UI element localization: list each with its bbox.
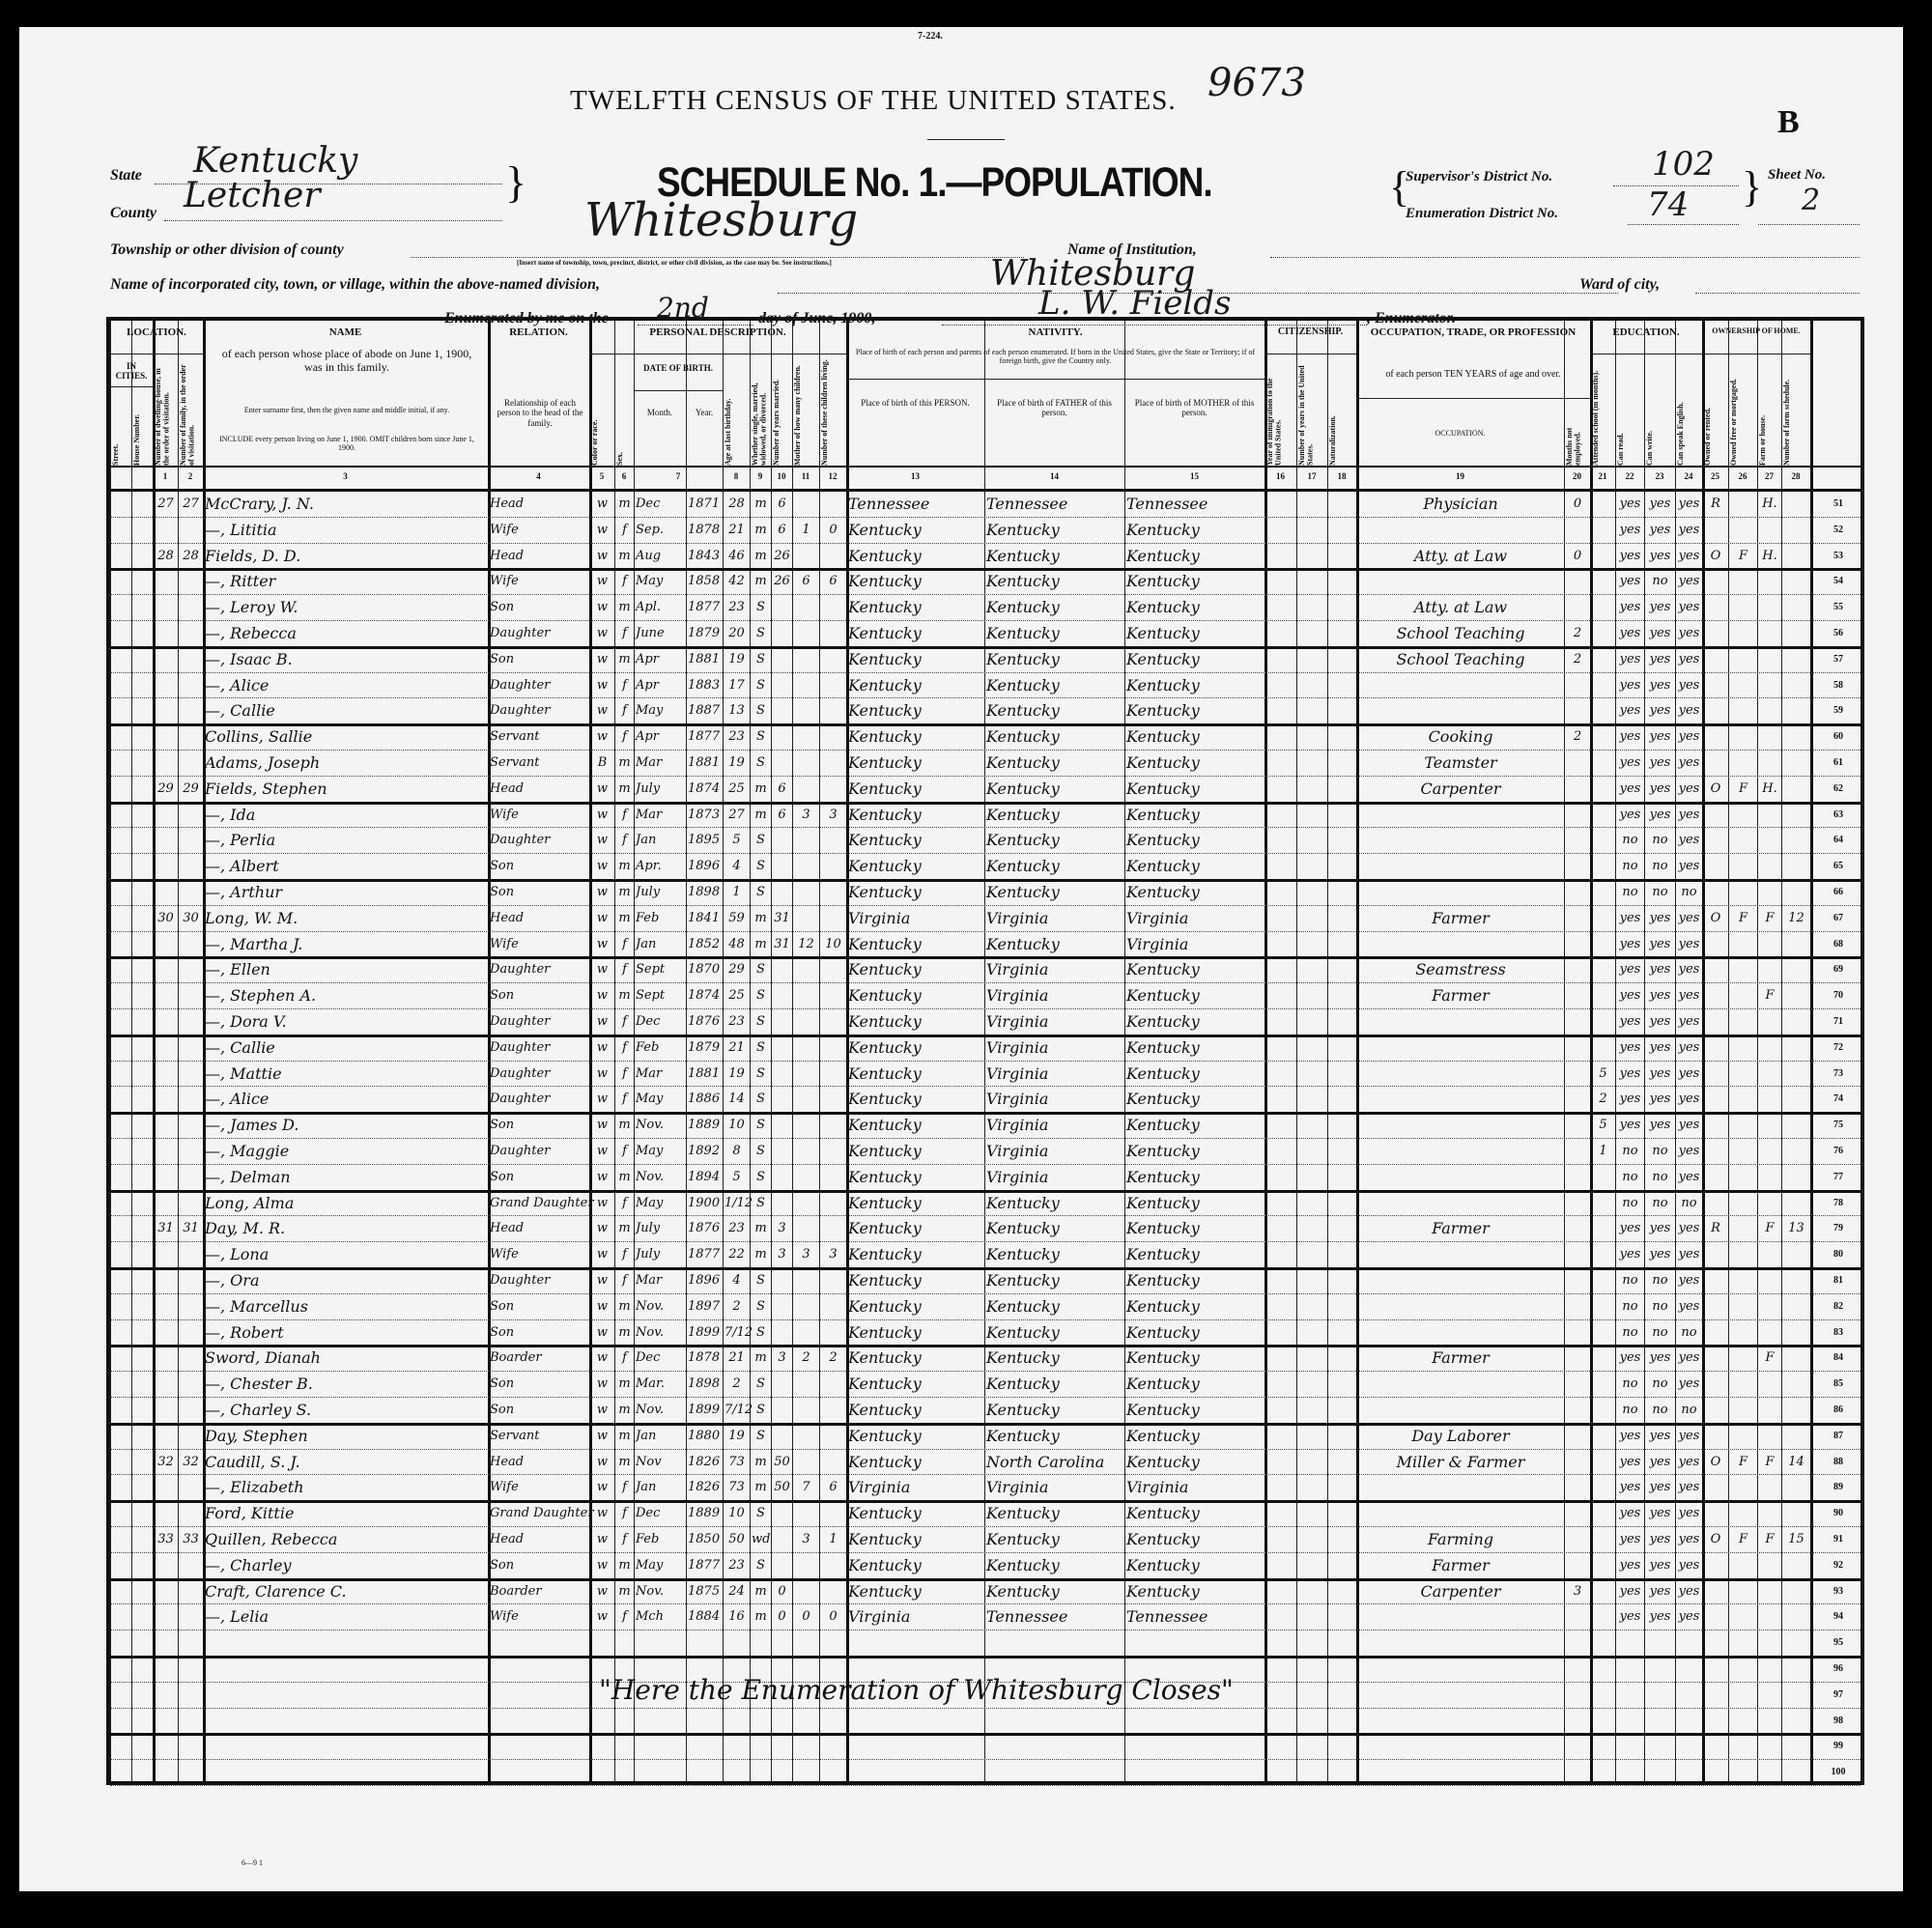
table-row: —, AlbertSonwmApr.18964SKentuckyKentucky… bbox=[110, 853, 1861, 877]
cell-ym bbox=[773, 1630, 791, 1654]
cell-bm: Kentucky bbox=[1126, 1371, 1264, 1395]
table-row: —, AliceDaughterwfMay188614SKentuckyVirg… bbox=[110, 1086, 1861, 1110]
cell-sex: m bbox=[616, 879, 633, 903]
cell-occ bbox=[1358, 697, 1563, 722]
cell-dwelling bbox=[155, 1630, 177, 1654]
cell-living bbox=[821, 1423, 845, 1447]
cell-month: July bbox=[636, 776, 685, 800]
cell-write: no bbox=[1646, 1293, 1674, 1318]
table-row: —, Leroy W.SonwmApl.187723SKentuckyKentu… bbox=[110, 594, 1861, 618]
header-rule bbox=[110, 466, 1861, 468]
cell-unemp bbox=[1566, 1008, 1589, 1033]
line-number: 99 bbox=[1828, 1741, 1849, 1751]
line-number: 67 bbox=[1828, 913, 1849, 923]
cell-color: w bbox=[591, 1293, 613, 1318]
cell-bm: Kentucky bbox=[1126, 827, 1264, 851]
line-number: 82 bbox=[1828, 1301, 1849, 1312]
cell-free: F bbox=[1730, 905, 1756, 929]
cell-living bbox=[821, 1035, 845, 1059]
cell-marital: S bbox=[752, 1086, 770, 1110]
cell-name: Caudill, S. J. bbox=[205, 1449, 487, 1473]
cell-write: no bbox=[1646, 568, 1674, 592]
cell-name: —, Callie bbox=[205, 1035, 487, 1059]
naturalization-label: Naturalization. bbox=[1329, 359, 1354, 466]
county-label: County bbox=[110, 205, 156, 222]
cell-relation: Head bbox=[490, 1449, 588, 1473]
cell-dwelling bbox=[155, 517, 177, 541]
cell-family bbox=[180, 879, 202, 903]
cell-free: F bbox=[1730, 543, 1756, 567]
cell-age: 2 bbox=[724, 1371, 749, 1395]
cell-read: yes bbox=[1617, 594, 1643, 618]
cell-color: w bbox=[591, 1603, 613, 1628]
cell-occ: Cooking bbox=[1358, 723, 1563, 748]
cell-marital: S bbox=[752, 1138, 770, 1162]
table-row: —, ArthurSonwmJuly18981SKentuckyKentucky… bbox=[110, 879, 1861, 903]
line-number: 81 bbox=[1828, 1275, 1849, 1286]
cell-bm: Kentucky bbox=[1126, 776, 1264, 800]
cell-sched bbox=[1783, 1371, 1809, 1395]
cell-school bbox=[1592, 1708, 1614, 1732]
cell-farm bbox=[1759, 931, 1780, 955]
line-number: 96 bbox=[1828, 1663, 1849, 1674]
cell-bp: Kentucky bbox=[848, 1035, 983, 1059]
cell-relation: Son bbox=[490, 594, 588, 618]
cell-dwelling bbox=[155, 1603, 177, 1628]
sheet-field[interactable]: 2 bbox=[1758, 201, 1860, 225]
line-number: 56 bbox=[1828, 628, 1849, 638]
sheet-label: Sheet No. bbox=[1768, 167, 1826, 184]
cell-year: 1852 bbox=[688, 931, 722, 955]
cell-family bbox=[180, 1112, 202, 1136]
cell-living: 0 bbox=[821, 517, 845, 541]
cell-living bbox=[821, 1008, 845, 1033]
cell-speak: yes bbox=[1677, 517, 1701, 541]
cell-write: yes bbox=[1646, 1578, 1674, 1602]
cell-read: yes bbox=[1617, 1086, 1643, 1110]
cell-ym bbox=[773, 1086, 791, 1110]
cell-color: w bbox=[591, 1008, 613, 1033]
cell-month: Nov. bbox=[636, 1164, 685, 1188]
cell-mother bbox=[794, 956, 818, 980]
cell-mother bbox=[794, 1164, 818, 1188]
cell-dwelling bbox=[155, 1474, 177, 1498]
can-speak-label: Can speak English. bbox=[1677, 359, 1700, 466]
cell-speak: yes bbox=[1677, 1371, 1701, 1395]
cell-dwelling bbox=[155, 1061, 177, 1085]
cell-bm: Kentucky bbox=[1126, 1397, 1264, 1421]
institution-field[interactable] bbox=[1270, 238, 1860, 258]
date-of-birth-heading: DATE OF BIRTH. bbox=[634, 363, 723, 386]
cell-year: 1826 bbox=[688, 1474, 722, 1498]
cell-marital: S bbox=[752, 646, 770, 670]
cell-own bbox=[1704, 982, 1727, 1007]
cell-color: w bbox=[591, 1112, 613, 1136]
cell-bm: Kentucky bbox=[1126, 646, 1264, 670]
cell-occ bbox=[1358, 1759, 1563, 1783]
cell-sched bbox=[1783, 594, 1809, 618]
table-row: 2828Fields, D. D.HeadwmAug184346m26Kentu… bbox=[110, 543, 1861, 567]
cell-age: 7/12 bbox=[724, 1319, 749, 1344]
cell-month: Mch bbox=[636, 1603, 685, 1628]
cell-bp: Kentucky bbox=[848, 1190, 983, 1214]
cell-bm: Kentucky bbox=[1126, 1061, 1264, 1085]
cell-sex: m bbox=[616, 1397, 633, 1421]
cell-bp: Kentucky bbox=[848, 1552, 983, 1576]
cell-sex: f bbox=[616, 827, 633, 851]
cell-living bbox=[821, 1500, 845, 1524]
cell-age: 1 bbox=[724, 879, 749, 903]
cell-read: no bbox=[1617, 1190, 1643, 1214]
cell-marital: m bbox=[752, 931, 770, 955]
cell-sched bbox=[1783, 776, 1809, 800]
cell-family: 32 bbox=[180, 1449, 202, 1473]
cell-living: 6 bbox=[821, 568, 845, 592]
cell-relation: Wife bbox=[490, 802, 588, 826]
cell-dwelling bbox=[155, 672, 177, 696]
column-number: 14 bbox=[984, 471, 1124, 485]
cell-name: —, Mattie bbox=[205, 1061, 487, 1085]
cell-month: June bbox=[636, 620, 685, 644]
color-label: Color or race. bbox=[591, 359, 612, 466]
cell-age bbox=[724, 1759, 749, 1783]
month-label: Month. bbox=[634, 408, 686, 421]
header-rule bbox=[846, 379, 1264, 380]
cell-bf: Kentucky bbox=[986, 1241, 1123, 1265]
line-number: 74 bbox=[1828, 1093, 1849, 1104]
cell-bm bbox=[1126, 1733, 1264, 1757]
cell-read: no bbox=[1617, 879, 1643, 903]
cell-mother bbox=[794, 1267, 818, 1291]
cell-living bbox=[821, 1061, 845, 1085]
cell-year: 1879 bbox=[688, 620, 722, 644]
cell-color: w bbox=[591, 543, 613, 567]
cell-school bbox=[1592, 1319, 1614, 1344]
cell-name: —, James D. bbox=[205, 1112, 487, 1136]
county-value: Letcher bbox=[184, 176, 321, 215]
brace-left: } bbox=[505, 160, 526, 205]
cell-own: O bbox=[1704, 776, 1727, 800]
table-row: —, Isaac B.SonwmApr188119SKentuckyKentuc… bbox=[110, 646, 1861, 670]
cell-school bbox=[1592, 1578, 1614, 1602]
cell-speak bbox=[1677, 1630, 1701, 1654]
cell-family bbox=[180, 1035, 202, 1059]
cell-name: Day, Stephen bbox=[205, 1423, 487, 1447]
cell-year bbox=[688, 1630, 722, 1654]
cell-sex: m bbox=[616, 1319, 633, 1344]
cell-month: Nov. bbox=[636, 1293, 685, 1318]
cell-own bbox=[1704, 1371, 1727, 1395]
sheet-value: 2 bbox=[1802, 184, 1820, 217]
cell-ym bbox=[773, 1526, 791, 1550]
cell-relation: Daughter bbox=[490, 1035, 588, 1059]
cell-ym: 6 bbox=[773, 776, 791, 800]
cell-ym bbox=[773, 827, 791, 851]
cell-read bbox=[1617, 1733, 1643, 1757]
cell-unemp bbox=[1566, 568, 1589, 592]
cell-month: Mar. bbox=[636, 1371, 685, 1395]
cell-read: yes bbox=[1617, 1526, 1643, 1550]
cell-farm bbox=[1759, 1061, 1780, 1085]
cell-year: 1898 bbox=[688, 879, 722, 903]
cell-relation: Boarder bbox=[490, 1345, 588, 1369]
cell-sched bbox=[1783, 568, 1809, 592]
location-heading: LOCATION. bbox=[110, 326, 203, 342]
table-row: 3232Caudill, S. J.HeadwmNov182673m50Kent… bbox=[110, 1449, 1861, 1473]
cell-farm bbox=[1759, 853, 1780, 877]
cell-living bbox=[821, 543, 845, 567]
cell-month: May bbox=[636, 1138, 685, 1162]
cell-ym bbox=[773, 853, 791, 877]
cell-school bbox=[1592, 1215, 1614, 1239]
cell-relation: Son bbox=[490, 1112, 588, 1136]
cell-living: 6 bbox=[821, 1474, 845, 1498]
cell-sched bbox=[1783, 1733, 1809, 1757]
cell-age: 42 bbox=[724, 568, 749, 592]
cell-speak: yes bbox=[1677, 1061, 1701, 1085]
cell-bm: Kentucky bbox=[1126, 543, 1264, 567]
cell-speak: yes bbox=[1677, 1603, 1701, 1628]
cell-color: w bbox=[591, 956, 613, 980]
cell-sex bbox=[616, 1708, 633, 1732]
cell-speak: yes bbox=[1677, 646, 1701, 670]
cell-color: w bbox=[591, 672, 613, 696]
cell-name bbox=[205, 1682, 487, 1706]
cell-free bbox=[1730, 1190, 1756, 1214]
table-row: —, James D.SonwmNov.188910SKentuckyVirgi… bbox=[110, 1112, 1861, 1136]
column-number: 20 bbox=[1564, 471, 1590, 485]
cell-bp: Kentucky bbox=[848, 827, 983, 851]
cell-marital: S bbox=[752, 1371, 770, 1395]
cell-relation: Wife bbox=[490, 517, 588, 541]
state-label: State bbox=[110, 167, 142, 184]
cell-dwelling bbox=[155, 1371, 177, 1395]
cell-bf: Kentucky bbox=[986, 827, 1123, 851]
farm-schedule-label: Number of farm schedule. bbox=[1783, 359, 1808, 466]
cell-marital: S bbox=[752, 853, 770, 877]
cell-sched bbox=[1783, 1500, 1809, 1524]
cell-relation: Daughter bbox=[490, 620, 588, 644]
cell-color: w bbox=[591, 723, 613, 748]
cell-own bbox=[1704, 1552, 1727, 1576]
column-number: 25 bbox=[1702, 471, 1728, 485]
enum-district-field[interactable]: 74 bbox=[1628, 201, 1739, 225]
cell-family bbox=[180, 1500, 202, 1524]
cell-age: 24 bbox=[724, 1578, 749, 1602]
cell-mother bbox=[794, 1397, 818, 1421]
cell-ym bbox=[773, 620, 791, 644]
cell-bf: Virginia bbox=[986, 1086, 1123, 1110]
cell-unemp bbox=[1566, 1759, 1589, 1783]
cell-own bbox=[1704, 1345, 1727, 1369]
cell-sched bbox=[1783, 1138, 1809, 1162]
cell-sched bbox=[1783, 543, 1809, 567]
column-number: 19 bbox=[1356, 471, 1564, 485]
cell-own bbox=[1704, 1241, 1727, 1265]
cell-relation: Head bbox=[490, 1526, 588, 1550]
street-label: Street. bbox=[112, 390, 129, 466]
cell-sched bbox=[1783, 1759, 1809, 1783]
supervisor-field[interactable]: 102 bbox=[1613, 162, 1739, 186]
cell-farm: H. bbox=[1759, 776, 1780, 800]
cell-month: Nov. bbox=[636, 1319, 685, 1344]
cell-write: yes bbox=[1646, 1474, 1674, 1498]
cell-unemp bbox=[1566, 1733, 1589, 1757]
cell-family bbox=[180, 1397, 202, 1421]
cell-living bbox=[821, 827, 845, 851]
cell-living: 1 bbox=[821, 1526, 845, 1550]
table-row: —, DelmanSonwmNov.18945SKentuckyVirginia… bbox=[110, 1164, 1861, 1188]
cell-ym bbox=[773, 879, 791, 903]
cell-farm bbox=[1759, 827, 1780, 851]
cell-unemp bbox=[1566, 776, 1589, 800]
cell-year: 1870 bbox=[688, 956, 722, 980]
cell-sex bbox=[616, 1630, 633, 1654]
cell-year: 1886 bbox=[688, 1086, 722, 1110]
cell-school bbox=[1592, 491, 1614, 515]
cell-own: O bbox=[1704, 905, 1727, 929]
cell-bp bbox=[848, 1759, 983, 1783]
cell-mother bbox=[794, 776, 818, 800]
cell-age bbox=[724, 1630, 749, 1654]
column-number: 16 bbox=[1264, 471, 1296, 485]
cell-name: —, Robert bbox=[205, 1319, 487, 1344]
cell-occ bbox=[1358, 1086, 1563, 1110]
cell-unemp bbox=[1566, 1086, 1589, 1110]
cell-dwelling bbox=[155, 1267, 177, 1291]
cell-dwelling: 29 bbox=[155, 776, 177, 800]
cell-school bbox=[1592, 697, 1614, 722]
cell-sex: f bbox=[616, 1086, 633, 1110]
cell-name: Fields, Stephen bbox=[205, 776, 487, 800]
cell-unemp bbox=[1566, 594, 1589, 618]
table-row: —, LonaWifewfJuly187722m333KentuckyKentu… bbox=[110, 1241, 1861, 1265]
cell-read: yes bbox=[1617, 750, 1643, 774]
cell-relation: Wife bbox=[490, 931, 588, 955]
cell-living bbox=[821, 491, 845, 515]
cell-dwelling bbox=[155, 1708, 177, 1732]
cell-speak: yes bbox=[1677, 543, 1701, 567]
cell-farm bbox=[1759, 1630, 1780, 1654]
cell-color: w bbox=[591, 594, 613, 618]
cell-age: 8 bbox=[724, 1138, 749, 1162]
cell-bf: Tennessee bbox=[986, 1603, 1123, 1628]
cell-school bbox=[1592, 1423, 1614, 1447]
table-row: 3030Long, W. M.HeadwmFeb184159m31Virgini… bbox=[110, 905, 1861, 929]
township-field[interactable]: Whitesburg bbox=[411, 238, 1024, 258]
cell-bf: Kentucky bbox=[986, 1215, 1123, 1239]
table-row: —, ElizabethWifewfJan182673m5076Virginia… bbox=[110, 1474, 1861, 1498]
cell-bm: Kentucky bbox=[1126, 1241, 1264, 1265]
line-number: 72 bbox=[1828, 1042, 1849, 1053]
cell-relation: Head bbox=[490, 776, 588, 800]
cell-family: 33 bbox=[180, 1526, 202, 1550]
cell-own bbox=[1704, 879, 1727, 903]
cell-mother bbox=[794, 879, 818, 903]
table-row: Long, AlmaGrand DaughterwfMay19001/12SKe… bbox=[110, 1190, 1861, 1214]
cell-mother bbox=[794, 1500, 818, 1524]
column-number: 10 bbox=[771, 471, 792, 485]
cell-read: yes bbox=[1617, 723, 1643, 748]
cell-dwelling bbox=[155, 1500, 177, 1524]
cell-name: Day, M. R. bbox=[205, 1215, 487, 1239]
cell-read: no bbox=[1617, 1164, 1643, 1188]
column-number: 23 bbox=[1644, 471, 1675, 485]
cell-family bbox=[180, 1474, 202, 1498]
cell-free bbox=[1730, 697, 1756, 722]
cell-marital: wd bbox=[752, 1526, 770, 1550]
cell-school bbox=[1592, 1682, 1614, 1706]
cell-family: 30 bbox=[180, 905, 202, 929]
cell-speak: yes bbox=[1677, 1215, 1701, 1239]
cell-age: 19 bbox=[724, 646, 749, 670]
cell-marital: S bbox=[752, 1319, 770, 1344]
cell-speak bbox=[1677, 1656, 1701, 1680]
cell-mother bbox=[794, 1759, 818, 1783]
cell-color: w bbox=[591, 1345, 613, 1369]
cell-relation: Son bbox=[490, 1397, 588, 1421]
county-field[interactable]: Letcher bbox=[164, 199, 502, 221]
column-number: 6 bbox=[614, 471, 634, 485]
cell-color: w bbox=[591, 982, 613, 1007]
cell-dwelling bbox=[155, 853, 177, 877]
cell-write: yes bbox=[1646, 1241, 1674, 1265]
cell-name: —, Chester B. bbox=[205, 1371, 487, 1395]
cell-ym bbox=[773, 1319, 791, 1344]
cell-unemp bbox=[1566, 1656, 1589, 1680]
cell-bp: Kentucky bbox=[848, 543, 983, 567]
cell-bp: Kentucky bbox=[848, 1449, 983, 1473]
line-number: 85 bbox=[1828, 1378, 1849, 1389]
cell-unemp bbox=[1566, 1526, 1589, 1550]
cell-bm: Kentucky bbox=[1126, 982, 1264, 1007]
cell-dwelling: 30 bbox=[155, 905, 177, 929]
cell-sched bbox=[1783, 1061, 1809, 1085]
cell-read: no bbox=[1617, 1397, 1643, 1421]
cell-own bbox=[1704, 1500, 1727, 1524]
cell-bp: Kentucky bbox=[848, 1423, 983, 1447]
cell-year: 1898 bbox=[688, 1371, 722, 1395]
cell-bf: Kentucky bbox=[986, 672, 1123, 696]
cell-month: Mar bbox=[636, 1061, 685, 1085]
cell-free bbox=[1730, 750, 1756, 774]
cell-age: 48 bbox=[724, 931, 749, 955]
cell-occ bbox=[1358, 1474, 1563, 1498]
cell-dwelling bbox=[155, 1578, 177, 1602]
cell-bf: Tennessee bbox=[986, 491, 1123, 515]
cell-occ bbox=[1358, 1241, 1563, 1265]
cell-bp: Kentucky bbox=[848, 723, 983, 748]
ward-field[interactable] bbox=[1695, 273, 1860, 294]
cell-marital: S bbox=[752, 1190, 770, 1214]
cell-relation: Wife bbox=[490, 1474, 588, 1498]
cell-marital: S bbox=[752, 1164, 770, 1188]
cell-unemp bbox=[1566, 1371, 1589, 1395]
cell-farm: F bbox=[1759, 905, 1780, 929]
free-mortgaged-label: Owned free or mortgaged. bbox=[1730, 359, 1755, 466]
cell-free: F bbox=[1730, 776, 1756, 800]
cell-name: Collins, Sallie bbox=[205, 723, 487, 748]
cell-family bbox=[180, 1190, 202, 1214]
cell-read: yes bbox=[1617, 620, 1643, 644]
cell-unemp bbox=[1566, 853, 1589, 877]
cell-school bbox=[1592, 1190, 1614, 1214]
cell-bm: Kentucky bbox=[1126, 853, 1264, 877]
cell-own bbox=[1704, 1630, 1727, 1654]
cell-ym bbox=[773, 1500, 791, 1524]
line-number: 71 bbox=[1828, 1016, 1849, 1027]
cell-mother bbox=[794, 1371, 818, 1395]
